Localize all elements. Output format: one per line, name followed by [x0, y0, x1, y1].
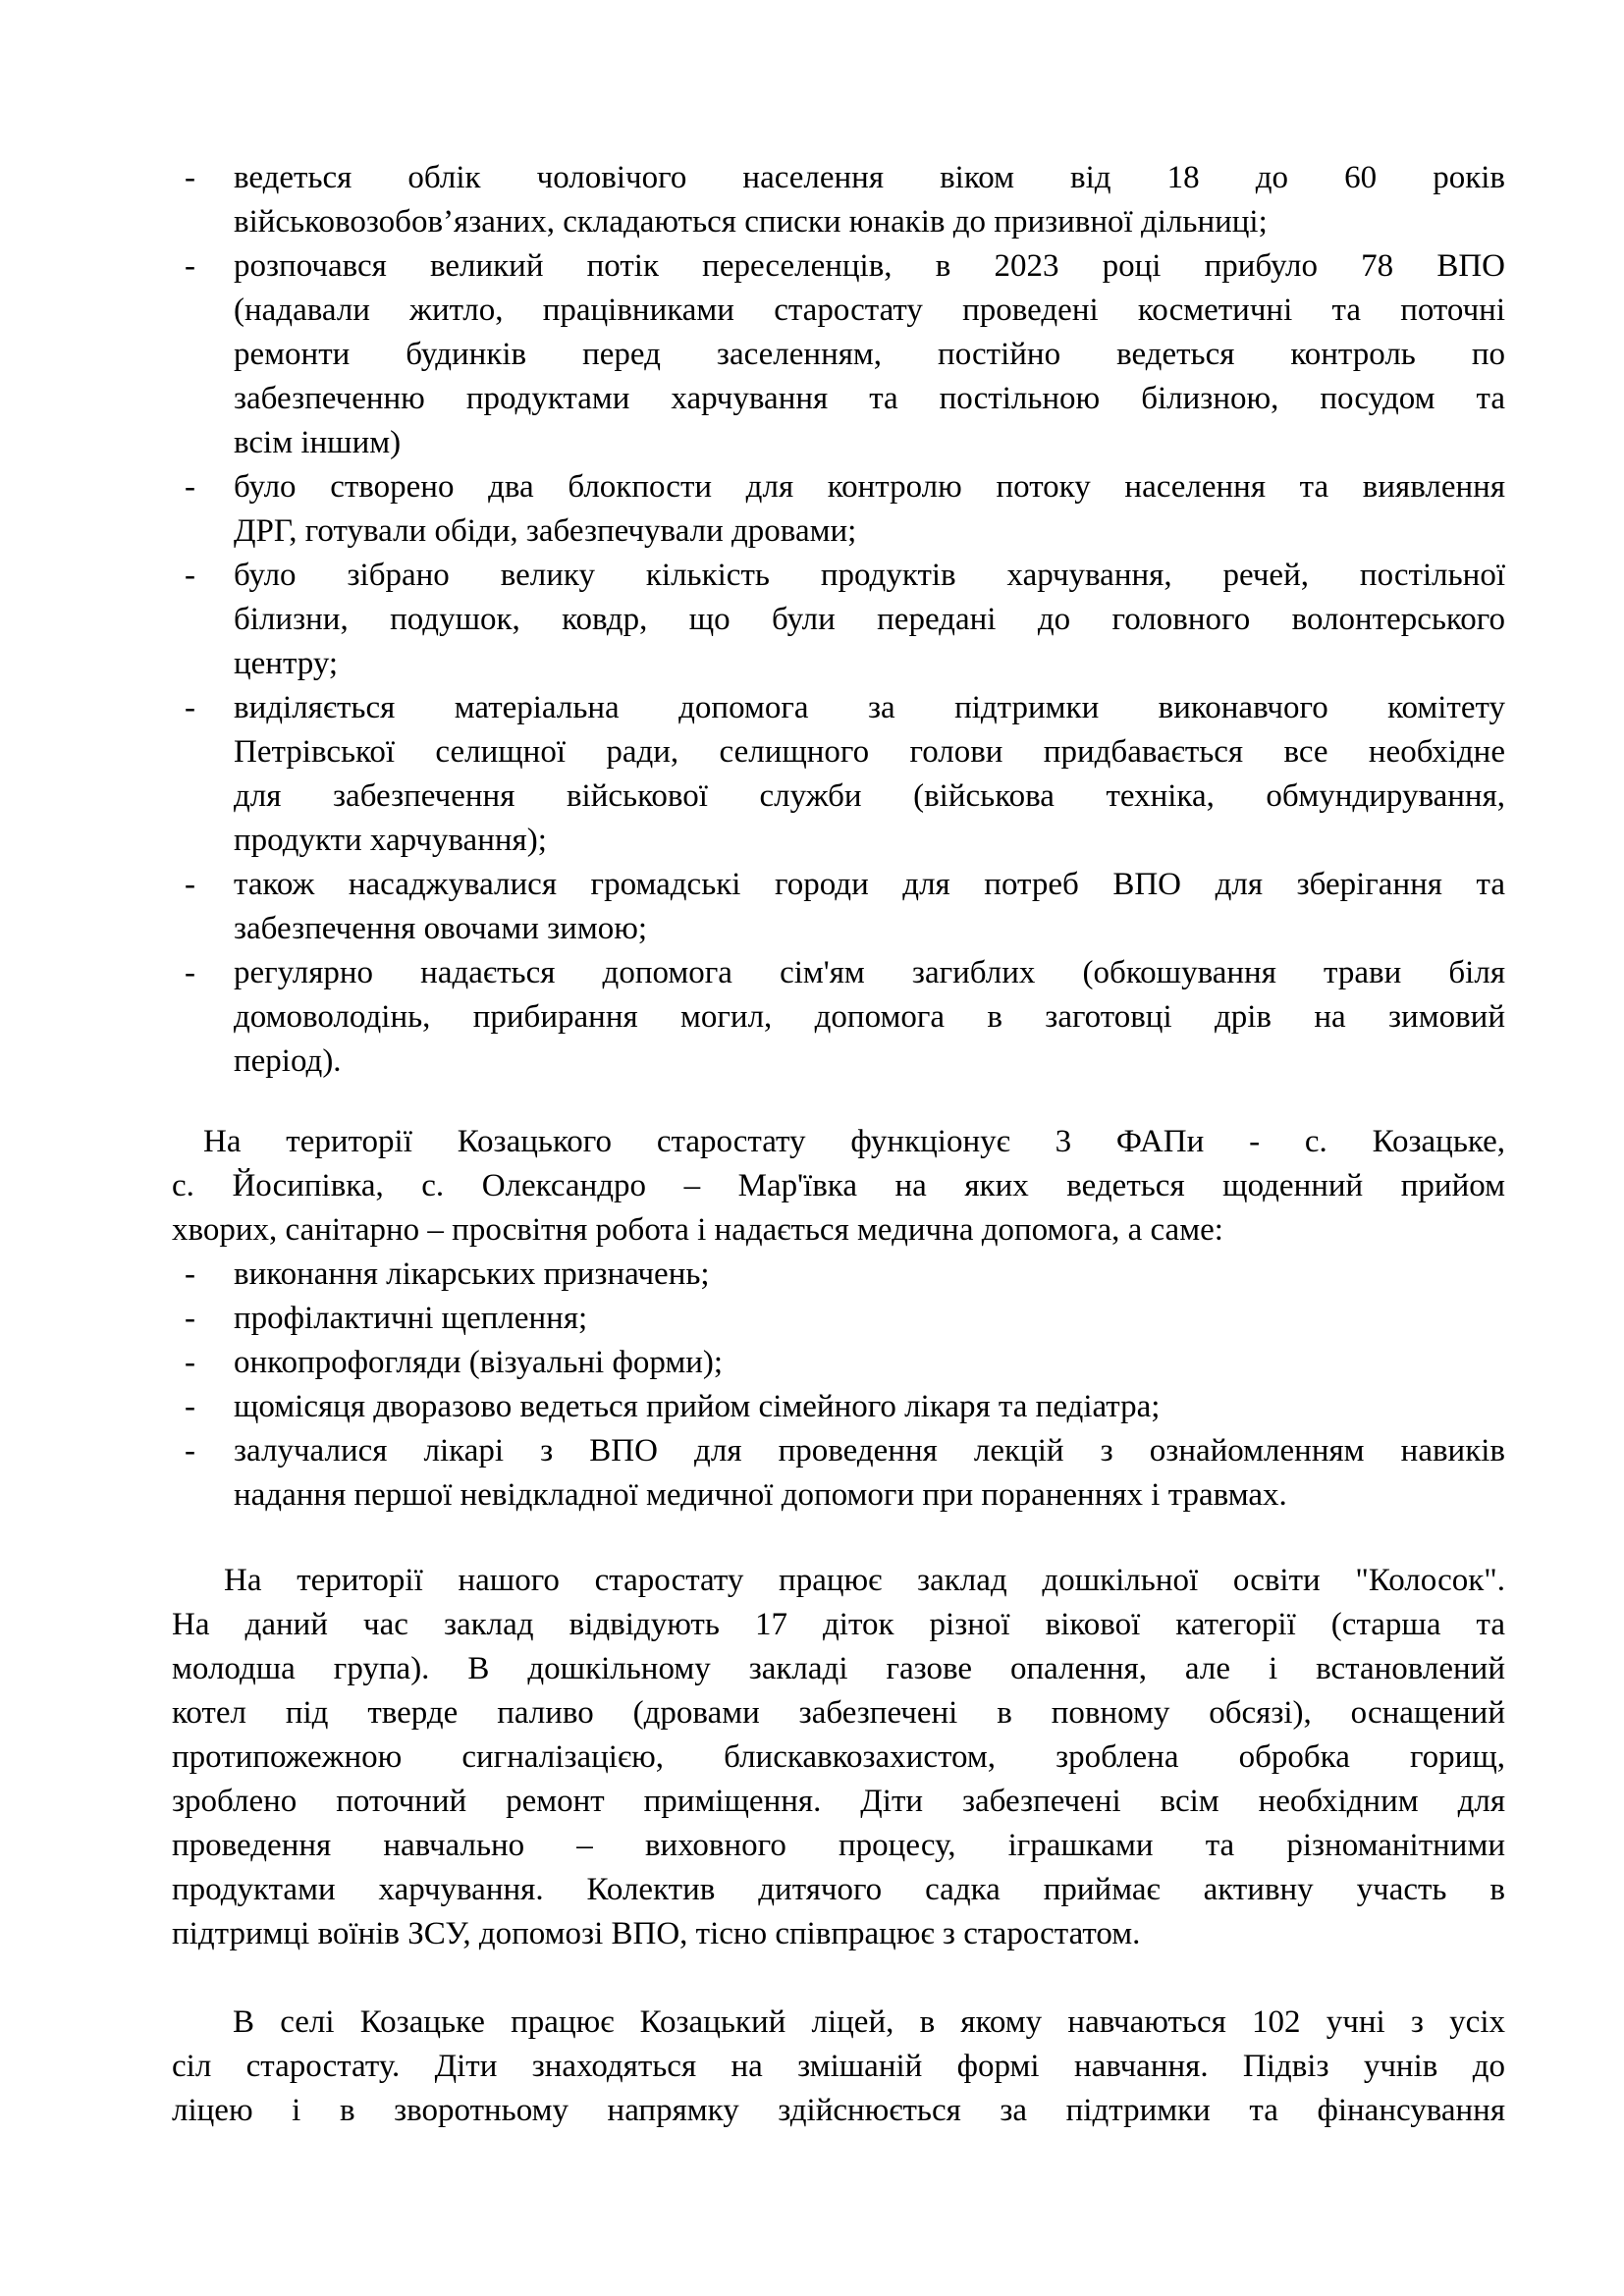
bullet-marker: -	[185, 156, 195, 200]
paragraph-line: хворих, санітарно – просвітня робота і н…	[172, 1208, 1505, 1253]
bullet-marker: -	[185, 686, 195, 730]
paragraph-line: молодша група). В дошкільному закладі га…	[172, 1647, 1505, 1691]
list-item-line: всім іншим)	[234, 421, 1505, 465]
bullet-marker: -	[185, 244, 195, 289]
list-item-line: розпочався великий потік переселенців, в…	[234, 244, 1505, 289]
list-item-line: регулярно надається допомога сім'ям заги…	[234, 951, 1505, 995]
list-item-line: було створено два блокпости для контролю…	[234, 465, 1505, 509]
bullet-marker: -	[185, 1253, 195, 1297]
list-item-line: виконання лікарських призначень;	[234, 1253, 1505, 1297]
bullet-marker: -	[185, 1341, 195, 1385]
paragraph-line: На території нашого старостату працює за…	[224, 1559, 1505, 1603]
paragraph-line: зроблено поточний ремонт приміщення. Діт…	[172, 1780, 1505, 1824]
paragraph-line: котел під тверде паливо (дровами забезпе…	[172, 1691, 1505, 1735]
paragraph-line: В селі Козацьке працює Козацький ліцей, …	[233, 2001, 1505, 2045]
document-page: - ведеться облік чоловічого населення ві…	[0, 0, 1624, 2296]
list-item-line: виділяється матеріальна допомога за підт…	[234, 686, 1505, 730]
list-item-line: ведеться облік чоловічого населення віко…	[234, 156, 1505, 200]
list-item-line: було зібрано велику кількість продуктів …	[234, 554, 1505, 598]
paragraph-line: протипожежною сигналізацією, блискавкоза…	[172, 1735, 1505, 1780]
bullet-marker: -	[185, 1385, 195, 1429]
paragraph-line: ліцею і в зворотньому напрямку здійснюєт…	[172, 2089, 1505, 2133]
list-item-line: забезпеченню продуктами харчування та по…	[234, 377, 1505, 421]
list-item-line: ДРГ, готували обіди, забезпечували дрова…	[234, 509, 1505, 554]
list-item-line: ремонти будинків перед заселенням, пості…	[234, 333, 1505, 377]
list-item-line: залучалися лікарі з ВПО для проведення л…	[234, 1429, 1505, 1473]
list-item-line: домоволодінь, прибирання могил, допомога…	[234, 995, 1505, 1040]
list-item-line: білизни, подушок, ковдр, що були передан…	[234, 598, 1505, 642]
paragraph-line: На території Козацького старостату функц…	[203, 1120, 1505, 1164]
paragraph-line: проведення навчально – виховного процесу…	[172, 1824, 1505, 1868]
list-item-line: онкопрофогляди (візуальні форми);	[234, 1341, 1505, 1385]
list-item-line: (надавали житло, працівниками старостату…	[234, 289, 1505, 333]
list-item-line: період).	[234, 1040, 1505, 1084]
list-item-line: щомісяця дворазово ведеться прийом сімей…	[234, 1385, 1505, 1429]
bullet-marker: -	[185, 951, 195, 995]
list-item-line: центру;	[234, 642, 1505, 686]
paragraph-line: с. Йосипівка, с. Олександро – Мар'ївка н…	[172, 1164, 1505, 1208]
list-item-line: для забезпечення військової служби (війс…	[234, 774, 1505, 819]
list-item-line: надання першої невідкладної медичної доп…	[234, 1473, 1505, 1518]
paragraph-line: підтримці воїнів ЗСУ, допомозі ВПО, тісн…	[172, 1912, 1505, 1956]
paragraph-line: На даний час заклад відвідують 17 діток …	[172, 1603, 1505, 1647]
bullet-marker: -	[185, 1429, 195, 1473]
list-item-line: продукти харчування);	[234, 819, 1505, 863]
bullet-marker: -	[185, 863, 195, 907]
list-item-line: Петрівської селищної ради, селищного гол…	[234, 730, 1505, 774]
list-item-line: також насаджувалися громадські городи дл…	[234, 863, 1505, 907]
paragraph-line: сіл старостату. Діти знаходяться на зміш…	[172, 2045, 1505, 2089]
list-item-line: забезпечення овочами зимою;	[234, 907, 1505, 951]
paragraph-line: продуктами харчування. Колектив дитячого…	[172, 1868, 1505, 1912]
list-item-line: військовозобов’язаних, складаються списк…	[234, 200, 1505, 244]
bullet-marker: -	[185, 465, 195, 509]
bullet-marker: -	[185, 1297, 195, 1341]
list-item-line: профілактичні щеплення;	[234, 1297, 1505, 1341]
bullet-marker: -	[185, 554, 195, 598]
